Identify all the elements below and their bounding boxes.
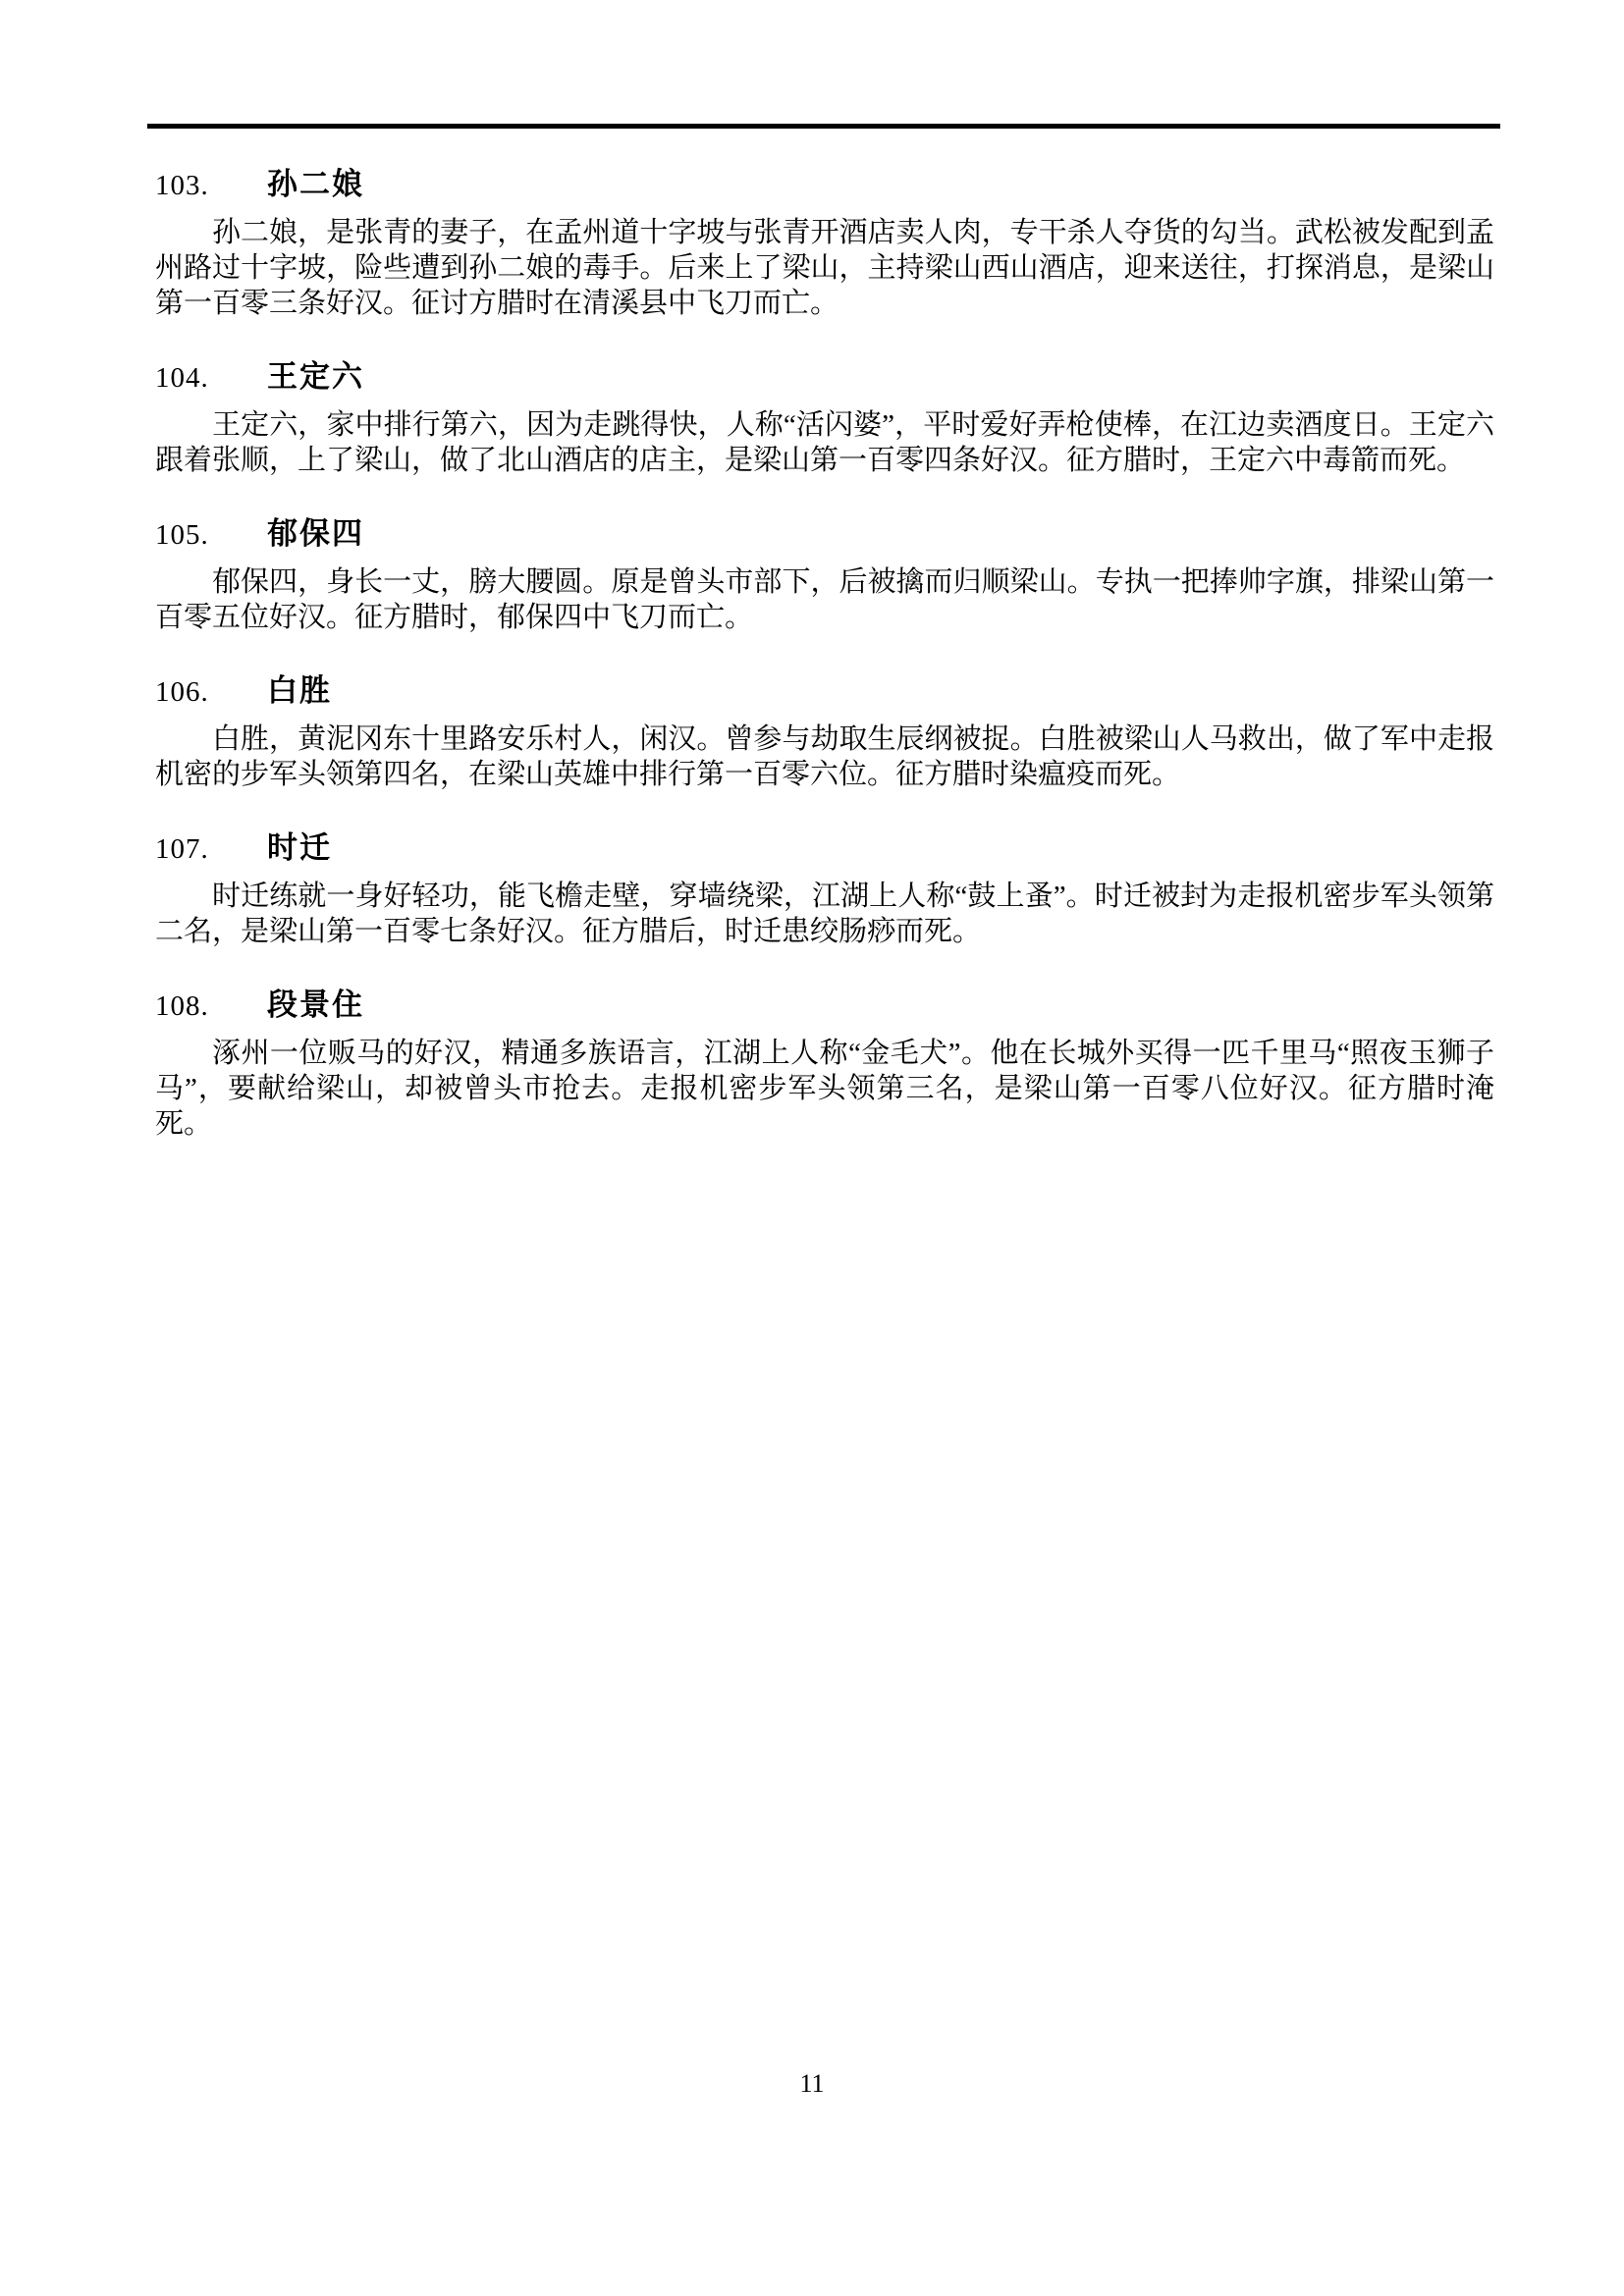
section-heading: 108. 段景住 — [155, 985, 1494, 1026]
section-107: 107. 时迁 时迁练就一身好轻功，能飞檐走壁，穿墙绕梁，江湖上人称“鼓上蚤”。… — [155, 828, 1494, 949]
section-paragraph: 涿州一位贩马的好汉，精通多族语言，江湖上人称“金毛犬”。他在长城外买得一匹千里马… — [155, 1036, 1494, 1142]
heading-title: 时迁 — [267, 828, 332, 869]
heading-number: 104. — [155, 357, 267, 399]
section-104: 104. 王定六 王定六，家中排行第六，因为走跳得快，人称“活闪婆”，平时爱好弄… — [155, 356, 1494, 478]
section-105: 105. 郁保四 郁保四，身长一丈，膀大腰圆。原是曾头市部下，后被擒而归顺梁山。… — [155, 513, 1494, 635]
header-rule — [147, 124, 1500, 129]
heading-title: 郁保四 — [267, 513, 364, 555]
heading-title: 段景住 — [267, 985, 364, 1026]
heading-title: 孙二娘 — [267, 164, 364, 205]
section-heading: 104. 王定六 — [155, 356, 1494, 398]
heading-number: 105. — [155, 514, 267, 556]
section-heading: 106. 白胜 — [155, 670, 1494, 712]
heading-number: 107. — [155, 828, 267, 870]
section-heading: 107. 时迁 — [155, 828, 1494, 869]
section-paragraph: 郁保四，身长一丈，膀大腰圆。原是曾头市部下，后被擒而归顺梁山。专执一把捧帅字旗，… — [155, 564, 1494, 635]
page-number: 11 — [0, 2069, 1624, 2099]
heading-number: 106. — [155, 671, 267, 713]
section-heading: 103. 孙二娘 — [155, 164, 1494, 205]
section-103: 103. 孙二娘 孙二娘，是张青的妻子，在孟州道十字坡与张青开酒店卖人肉，专干杀… — [155, 164, 1494, 321]
section-108: 108. 段景住 涿州一位贩马的好汉，精通多族语言，江湖上人称“金毛犬”。他在长… — [155, 985, 1494, 1142]
section-paragraph: 王定六，家中排行第六，因为走跳得快，人称“活闪婆”，平时爱好弄枪使棒，在江边卖酒… — [155, 407, 1494, 478]
section-paragraph: 时迁练就一身好轻功，能飞檐走壁，穿墙绕梁，江湖上人称“鼓上蚤”。时迁被封为走报机… — [155, 879, 1494, 949]
section-heading: 105. 郁保四 — [155, 513, 1494, 555]
section-paragraph: 孙二娘，是张青的妻子，在孟州道十字坡与张青开酒店卖人肉，专干杀人夺货的勾当。武松… — [155, 215, 1494, 321]
heading-number: 103. — [155, 165, 267, 206]
heading-number: 108. — [155, 986, 267, 1027]
page-content: 103. 孙二娘 孙二娘，是张青的妻子，在孟州道十字坡与张青开酒店卖人肉，专干杀… — [155, 0, 1494, 1142]
heading-title: 王定六 — [267, 356, 364, 398]
section-paragraph: 白胜，黄泥冈东十里路安乐村人，闲汉。曾参与劫取生辰纲被捉。白胜被梁山人马救出，做… — [155, 721, 1494, 792]
heading-title: 白胜 — [267, 670, 332, 712]
section-106: 106. 白胜 白胜，黄泥冈东十里路安乐村人，闲汉。曾参与劫取生辰纲被捉。白胜被… — [155, 670, 1494, 792]
document-page: 103. 孙二娘 孙二娘，是张青的妻子，在孟州道十字坡与张青开酒店卖人肉，专干杀… — [0, 0, 1624, 2296]
